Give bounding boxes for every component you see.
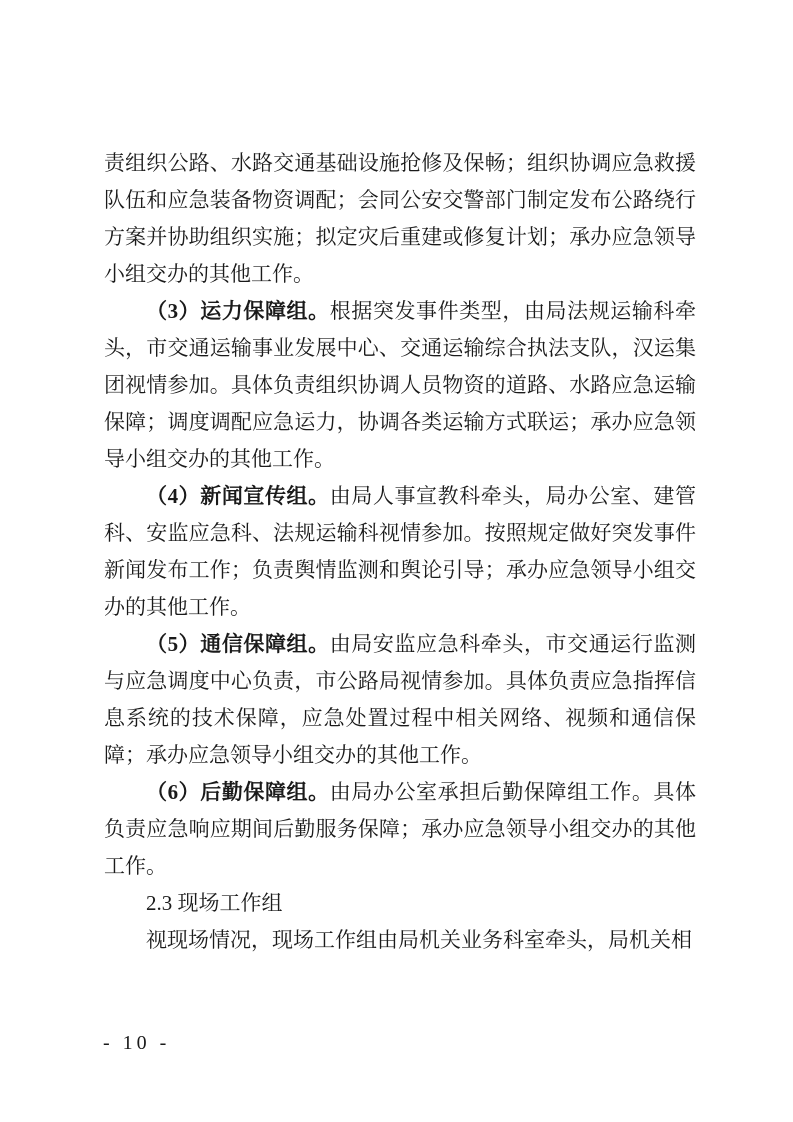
paragraph-text: 视现场情况，现场工作组由局机关业务科室牵头，局机关相 — [146, 928, 692, 952]
paragraph-group-5: （5）通信保障组。由局安监应急科牵头，市交通运行监测与应急调度中心负责，市公路局… — [104, 626, 696, 774]
page-content: 责组织公路、水路交通基础设施抢修及保畅；组织协调应急救援队伍和应急装备物资调配；… — [104, 145, 696, 959]
group-name-bold: （6）后勤保障组。 — [146, 780, 330, 804]
group-name-bold: （5）通信保障组。 — [146, 632, 330, 656]
page-number: - 10 - — [103, 1031, 170, 1055]
paragraph-group-3: （3）运力保障组。根据突发事件类型，由局法规运输科牵头，市交通运输事业发展中心、… — [104, 293, 696, 478]
paragraph-text: 责组织公路、水路交通基础设施抢修及保畅；组织协调应急救援队伍和应急装备物资调配；… — [104, 151, 696, 286]
group-name-bold: （3）运力保障组。 — [146, 299, 330, 323]
paragraph-last: 视现场情况，现场工作组由局机关业务科室牵头，局机关相 — [104, 922, 696, 959]
paragraph-group-6: （6）后勤保障组。由局办公室承担后勤保障组工作。具体负责应急响应期间后勤服务保障… — [104, 774, 696, 885]
paragraph-group-4: （4）新闻宣传组。由局人事宣教科牵头，局办公室、建管科、安监应急科、法规运输科视… — [104, 478, 696, 626]
section-heading: 2.3 现场工作组 — [104, 885, 696, 922]
paragraph-text: 根据突发事件类型，由局法规运输科牵头，市交通运输事业发展中心、交通运输综合执法支… — [104, 299, 696, 471]
group-name-bold: （4）新闻宣传组。 — [146, 484, 330, 508]
document-page: 责组织公路、水路交通基础设施抢修及保畅；组织协调应急救援队伍和应急装备物资调配；… — [0, 0, 793, 1122]
paragraph-continued: 责组织公路、水路交通基础设施抢修及保畅；组织协调应急救援队伍和应急装备物资调配；… — [104, 145, 696, 293]
